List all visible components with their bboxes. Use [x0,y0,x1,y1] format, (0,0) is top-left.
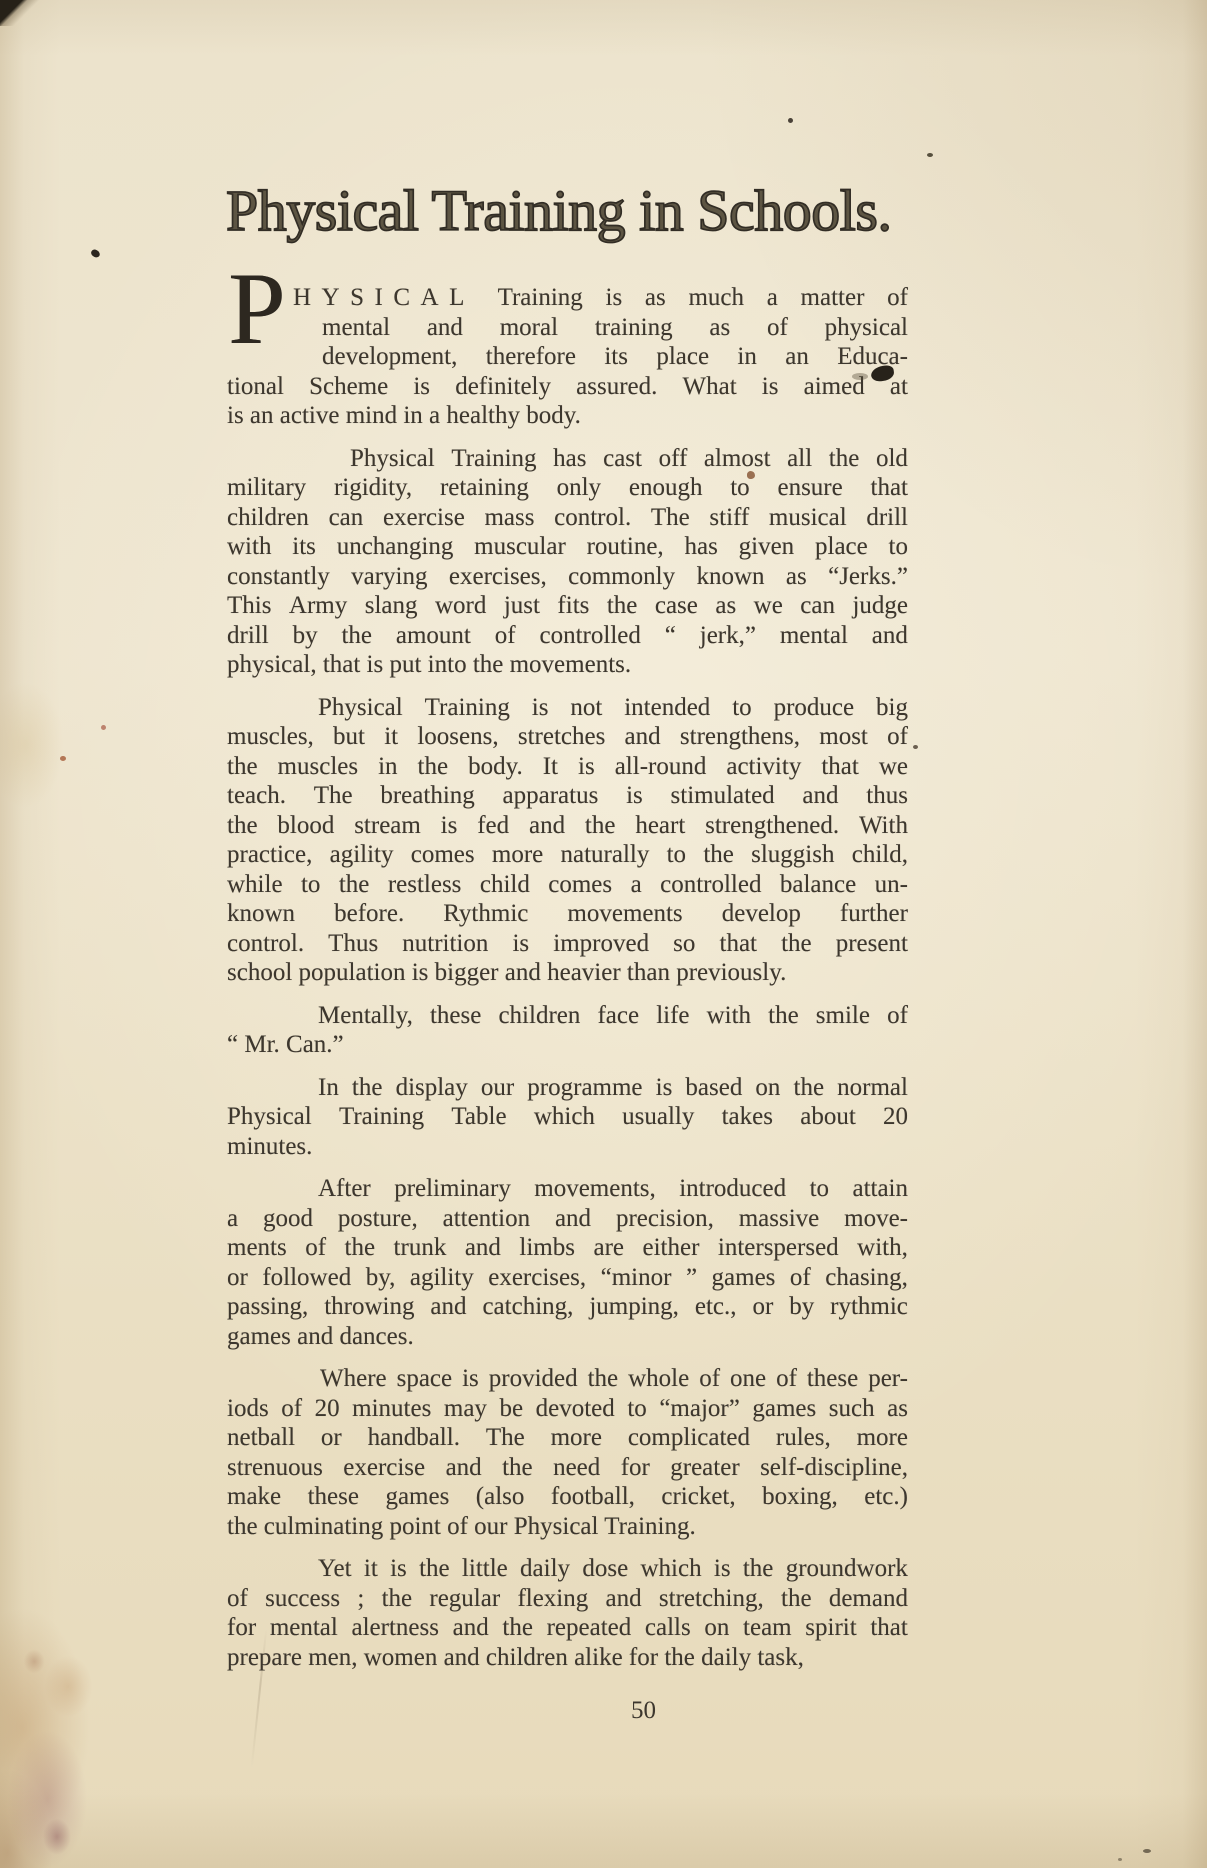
text-line: HYSICALTrainingisasmuchamatterof [293,283,908,313]
page-corner-shadow [0,0,40,26]
paragraph: PHYSICALTrainingisasmuchamatterofmentala… [227,283,908,431]
text-line: Afterpreliminarymovements,introducedtoat… [318,1174,908,1204]
page-body: PHYSICALTrainingisasmuchamatterofmentala… [227,283,908,1672]
text-line: PhysicalTrainingisnotintendedtoproducebi… [318,693,908,723]
text-line: whiletotherestlesschildcomesacontrolledb… [227,870,908,900]
text-line: mentalandmoraltrainingasofphysical [322,313,908,343]
paragraph: Yetitisthelittledailydosewhichisthegroun… [227,1554,908,1672]
text-line: ThisArmyslangwordjustfitsthecaseaswecanj… [227,591,908,621]
text-line: mentsofthetrunkandlimbsareeitherinterspe… [227,1233,908,1263]
text-line: thebloodstreamisfedandtheheartstrengthen… [227,811,908,841]
text-line: orfollowedby,agilityexercises,“minor”gam… [227,1263,908,1293]
text-line: is an active mind in a healthy body. [227,401,908,431]
text-line: tionalSchemeisdefinitelyassured.Whatisai… [227,372,908,402]
text-line: knownbefore.Rythmicmovementsdevelopfurth… [227,899,908,929]
text-line: agoodposture,attentionandprecision,massi… [227,1204,908,1234]
scanned-book-page: Physical Training in Schools. PHYSICALTr… [0,0,1207,1868]
paragraph: Mentally,thesechildrenfacelifewiththesmi… [227,1001,908,1060]
ink-speck [1143,1849,1151,1853]
paragraph: Afterpreliminarymovements,introducedtoat… [227,1174,908,1351]
ink-speck [90,248,101,258]
text-line: minutes. [227,1132,908,1162]
text-line: themusclesinthebody.Itisall-roundactivit… [227,752,908,782]
paragraph: PhysicalTrainingisnotintendedtoproducebi… [227,693,908,988]
text-line: drillbytheamountofcontrolled“jerk,”menta… [227,621,908,651]
text-line: PhysicalTraininghascastoffalmostalltheol… [350,444,908,474]
text-line: Wherespaceisprovidedthewholeofoneofthese… [320,1364,908,1394]
text-line: constantlyvaryingexercises,commonlyknown… [227,562,908,592]
foxing-speck [101,725,106,730]
text-line: prepare men, women and children alike fo… [227,1643,908,1673]
text-line: school population is bigger and heavier … [227,958,908,988]
text-line: practice,agilitycomesmorenaturallytothes… [227,840,908,870]
text-line: physical, that is put into the movements… [227,650,908,680]
text-line: makethesegames(alsofootball,cricket,boxi… [227,1482,908,1512]
text-line: militaryrigidity,retainingonlyenoughtoen… [227,473,908,503]
text-line: games and dances. [227,1322,908,1352]
text-line: the culminating point of our Physical Tr… [227,1512,908,1542]
text-line: strenuousexerciseandtheneedforgreatersel… [227,1453,908,1483]
text-line: development,thereforeitsplaceinanEduca- [322,342,908,372]
ink-speck [913,745,918,749]
drop-cap: P [228,258,285,361]
text-line: Inthedisplayourprogrammeisbasedonthenorm… [318,1073,908,1103]
text-line: control.Thusnutritionisimprovedsothatthe… [227,929,908,959]
paper-stain-bottom-left [0,1555,190,1868]
page-title: Physical Training in Schools. [226,182,910,240]
text-line: Mentally,thesechildrenfacelifewiththesmi… [318,1001,908,1031]
text-line: formentalalertnessandtherepeatedcallsont… [227,1613,908,1643]
paragraph: PhysicalTraininghascastoffalmostalltheol… [227,444,908,680]
ink-speck [788,118,793,123]
text-line: “ Mr. Can.” [227,1030,908,1060]
text-line: childrencanexercisemasscontrol.Thestiffm… [227,503,908,533]
paragraph: Inthedisplayourprogrammeisbasedonthenorm… [227,1073,908,1162]
text-line: PhysicalTrainingTablewhichusuallytakesab… [227,1102,908,1132]
text-line: muscles,butitloosens,stretchesandstrengt… [227,722,908,752]
page-number: 50 [631,1697,656,1725]
ink-speck [927,153,933,157]
text-line: iodsof20minutesmaybedevotedto“major”game… [227,1394,908,1424]
text-line: netballorhandball.Themorecomplicatedrule… [227,1423,908,1453]
ink-speck [1118,1858,1122,1861]
text-line: withitsunchangingmuscularroutine,hasgive… [227,532,908,562]
paragraph: Wherespaceisprovidedthewholeofoneofthese… [227,1364,908,1541]
paper-stain-mid-left [0,660,90,830]
foxing-speck [60,756,66,761]
text-line: teach.Thebreathingapparatusisstimulateda… [227,781,908,811]
text-line: Yetitisthelittledailydosewhichisthegroun… [318,1554,908,1584]
text-line: passing,throwingandcatching,jumping,etc.… [227,1292,908,1322]
text-line: ofsuccess;theregularflexingandstretching… [227,1584,908,1614]
